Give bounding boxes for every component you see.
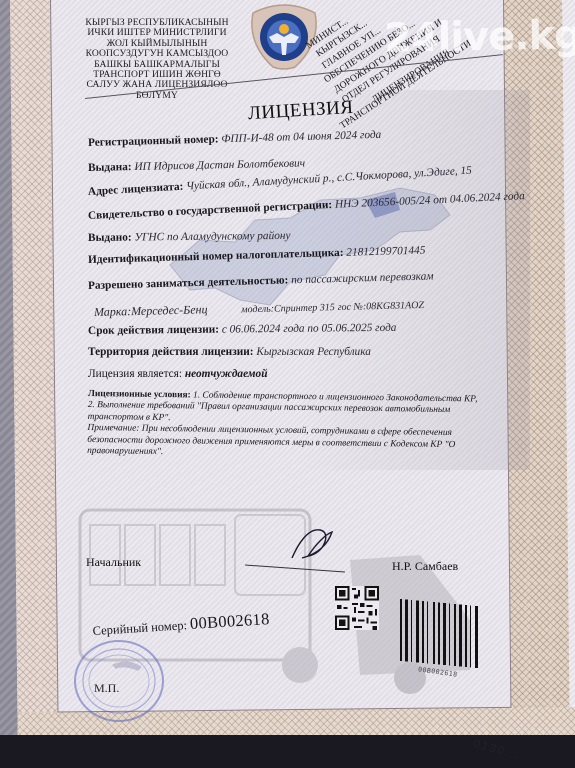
field-value: 21812199701445 xyxy=(346,245,425,259)
field-value: с 06.06.2024 года по 05.06.2025 года xyxy=(222,322,397,336)
field-value: неотчуждаемой xyxy=(185,368,268,380)
field-label: Выдана: xyxy=(88,161,132,174)
field-label: Территория действия лицензии: xyxy=(88,346,254,358)
field-transferability: Лицензия является: неотчуждаемой xyxy=(88,368,267,380)
serial-label: Серийный номер: xyxy=(92,618,187,638)
signatory-position: Начальник xyxy=(86,555,141,570)
field-label: Лицензия является: xyxy=(88,368,182,380)
field-issued-by: Выдано: УГНС по Аламудунскому району xyxy=(88,230,291,244)
vehicle-model: модель:Спринтер 315 xyxy=(241,302,335,315)
field-value: Кыргызская Республика xyxy=(256,346,371,358)
vehicle-brand: Марка:Мерседес-Бенц xyxy=(94,302,208,319)
conditions-label: Лицензионные условия: xyxy=(88,389,191,400)
license-conditions: Лицензионные условия: 1. Соблюдение тран… xyxy=(87,389,508,463)
stamp-place-label: М.П. xyxy=(94,681,119,696)
site-watermark: 24live.kg xyxy=(384,12,575,61)
field-label: Срок действия лицензии: xyxy=(88,324,219,337)
qr-code-icon xyxy=(335,586,379,630)
signatory-name: Н.Р. Самбаев xyxy=(392,559,458,574)
guilloche-border-right xyxy=(504,0,570,768)
signature-icon xyxy=(288,524,336,564)
note-text: При несоблюдении лицензионных условий, с… xyxy=(87,424,455,457)
condition-item: 2. Выполнение требований "Правил организ… xyxy=(88,400,451,423)
field-value: УГНС по Аламудунскому району xyxy=(134,230,290,244)
serial-value: 00B002618 xyxy=(189,609,270,633)
field-territory: Территория действия лицензии: Кыргызская… xyxy=(88,346,371,358)
note-label: Примечание: xyxy=(87,423,139,434)
header-kyrgyz: КЫРГЫЗ РЕСПУБЛИКАСЫНЫН ИЧКИ ИШТЕР МИНИСТ… xyxy=(72,18,242,101)
field-label: Выдано: xyxy=(88,232,132,244)
vehicle-plate: гос №:08KG831AOZ xyxy=(338,300,425,313)
barcode-icon xyxy=(398,597,482,669)
